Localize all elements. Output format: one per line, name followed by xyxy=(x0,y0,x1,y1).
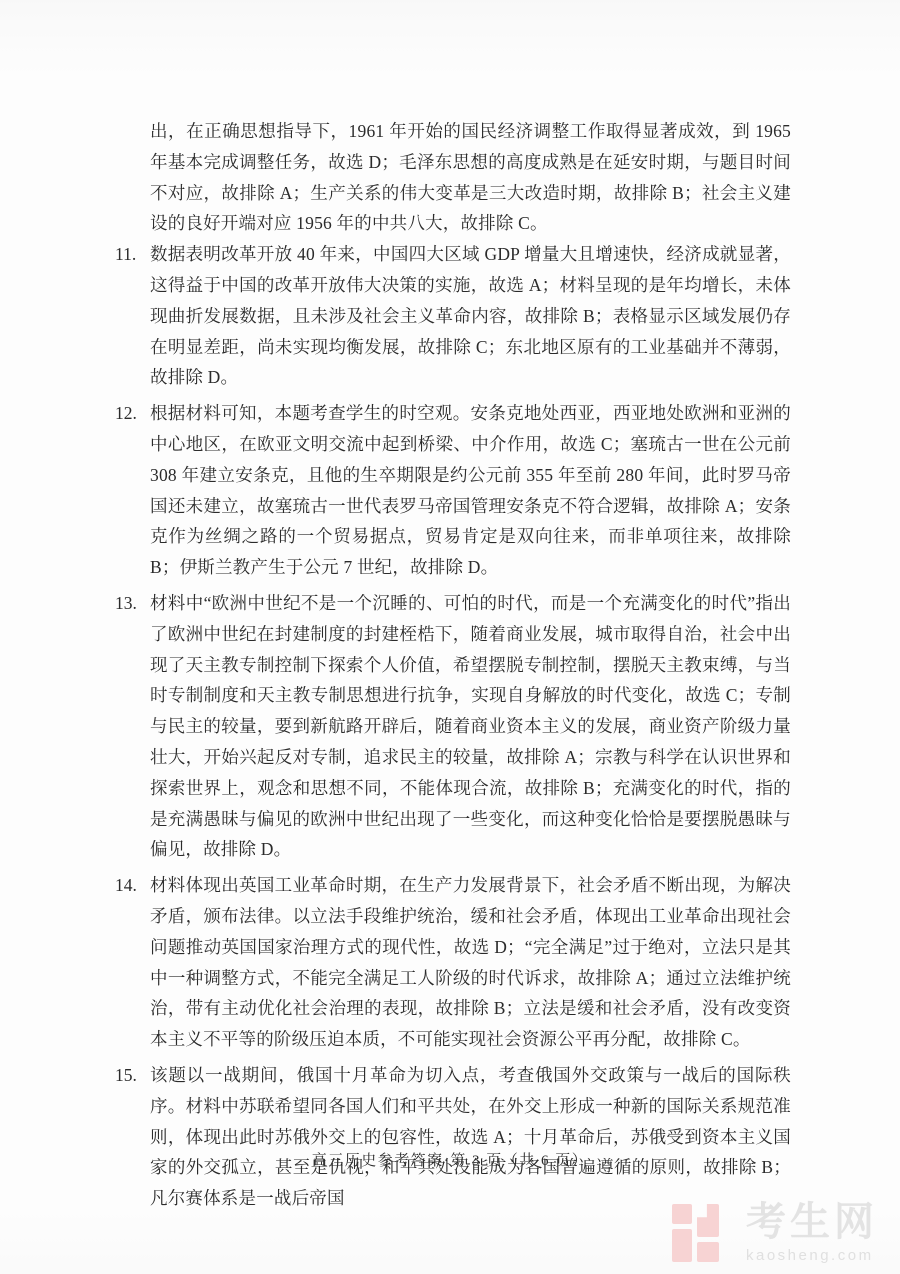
item-number: 12. xyxy=(115,398,147,429)
answer-explanations: 出，在正确思想指导下，1961 年开始的国民经济调整工作取得显著成效，到 196… xyxy=(115,116,791,1219)
watermark-site-name: 考生网 xyxy=(746,1202,878,1242)
item-number: 13. xyxy=(115,588,147,619)
answer-10-continuation: 出，在正确思想指导下，1961 年开始的国民经济调整工作取得显著成效，到 196… xyxy=(115,116,791,239)
page-footer: 高三历史参考答案·第 3 页（共 6 页） xyxy=(0,1149,900,1170)
watermark-text: 考生网 kaosheng.com xyxy=(746,1202,878,1263)
document-page: 出，在正确思想指导下，1961 年开始的国民经济调整工作取得显著成效，到 196… xyxy=(0,0,900,1274)
item-number: 14. xyxy=(115,870,147,901)
answer-item-13: 13. 材料中“欧洲中世纪不是一个沉睡的、可怕的时代，而是一个充满变化的时代”指… xyxy=(115,588,791,865)
item-number: 15. xyxy=(115,1060,147,1091)
item-text: 材料体现出英国工业革命时期，在生产力发展背景下，社会矛盾不断出现，为解决矛盾，颁… xyxy=(150,870,791,1055)
item-text: 该题以一战期间，俄国十月革命为切入点，考查俄国外交政策与一战后的国际秩序。材料中… xyxy=(150,1060,791,1214)
item-text: 数据表明改革开放 40 年来，中国四大区域 GDP 增量大且增速快，经济成就显著… xyxy=(150,239,791,393)
item-number: 11. xyxy=(115,239,147,270)
answer-item-11: 11. 数据表明改革开放 40 年来，中国四大区域 GDP 增量大且增速快，经济… xyxy=(115,239,791,393)
logo-block xyxy=(697,1242,719,1262)
answer-item-14: 14. 材料体现出英国工业革命时期，在生产力发展背景下，社会矛盾不断出现，为解决… xyxy=(115,870,791,1055)
watermark-site-domain: kaosheng.com xyxy=(746,1248,874,1263)
logo-block xyxy=(672,1229,692,1262)
logo-block xyxy=(697,1204,719,1237)
item-text: 材料中“欧洲中世纪不是一个沉睡的、可怕的时代，而是一个充满变化的时代”指出了欧洲… xyxy=(150,588,791,865)
kaosheng-logo-icon xyxy=(670,1202,732,1264)
logo-block xyxy=(672,1204,692,1224)
answer-item-12: 12. 根据材料可知，本题考查学生的时空观。安条克地处西亚，西亚地处欧洲和亚洲的… xyxy=(115,398,791,583)
item-text: 根据材料可知，本题考查学生的时空观。安条克地处西亚，西亚地处欧洲和亚洲的中心地区… xyxy=(150,398,791,583)
kaosheng-watermark: 考生网 kaosheng.com xyxy=(670,1202,878,1264)
answer-item-15: 15. 该题以一战期间，俄国十月革命为切入点，考查俄国外交政策与一战后的国际秩序… xyxy=(115,1060,791,1214)
